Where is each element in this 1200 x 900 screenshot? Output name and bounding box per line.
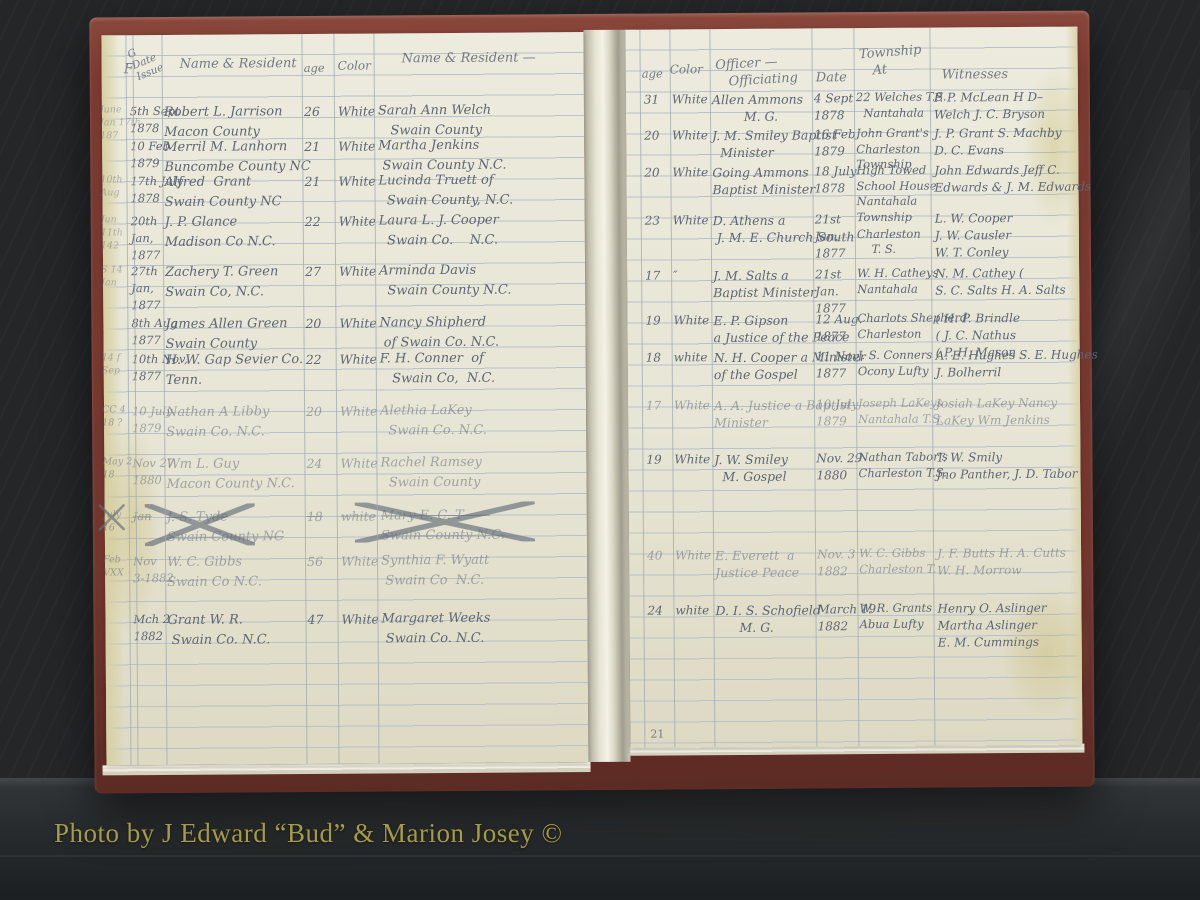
- officiant-record-row-officer: D. Athens a J. M. E. Church South: [713, 211, 815, 246]
- strikethrough-x-mark: [99, 504, 125, 530]
- officiant-record-row-date: 11 Nov. 1877: [816, 348, 858, 382]
- marriage-record-row-color: White: [340, 401, 378, 421]
- marriage-record-row-date: Mch 2 1882: [133, 611, 167, 645]
- marriage-record-row-spouse: Alethia LaKey Swain Co. N.C.: [380, 400, 580, 440]
- officiant-record-row-age: 20: [644, 127, 670, 144]
- header-officer-officiating: Officer — Officiating: [715, 52, 799, 91]
- officiant-record-row-witnesses: J. F. Butts H. A. Cutts W. H. Morrow: [937, 545, 1077, 580]
- marriage-record-row-color: White: [341, 609, 379, 629]
- marriage-record-row-age: 24: [306, 454, 334, 474]
- officiant-record-row-color: White: [672, 164, 710, 181]
- marriage-record-row-color: White: [339, 211, 377, 231]
- left-page: F G Date Issue Name & Resident age Color…: [101, 32, 588, 765]
- officiant-record-row-age: 17: [645, 267, 671, 284]
- marriage-record-row-name: Merril M. Lanhorn Buncombe County NC: [164, 137, 304, 177]
- officiant-record-row-officer: J. M. Smiley Baptist Minister: [712, 126, 814, 161]
- marriage-record-row-color: White: [340, 349, 378, 369]
- officiant-record-row-color: White: [673, 212, 711, 229]
- marriage-record-row-date: 27th Jan, 1877: [131, 263, 165, 314]
- marriage-record-row-age: 21: [304, 172, 332, 192]
- officiant-record-row-date: 18 July 1878: [814, 163, 856, 197]
- header-age: age: [642, 65, 663, 81]
- officiant-record-row-date: March 19 1882: [817, 601, 859, 635]
- table-edge-line: [0, 855, 1200, 857]
- officiant-record-row-color: white: [674, 349, 712, 366]
- marriage-record-row-spouse: Synthia F. Wyatt Swain Co N.C.: [381, 550, 581, 590]
- marriage-record-row-age: 22: [305, 212, 333, 232]
- officiant-record-row: 17″J. M. Salts a Baptist Minister21st Ja…: [627, 265, 1079, 268]
- marriage-record-row-color: White: [339, 261, 377, 281]
- officiant-record-row-officer: D. I. S. Schofield M. G.: [715, 601, 817, 636]
- officiant-record-row: 40WhiteE. Everett a Justice PeaceNov. 3 …: [629, 545, 1081, 548]
- officiant-record-row-color: White: [674, 397, 712, 414]
- officiant-record-row-officer: A. A. Justice a Baptist Minister: [714, 396, 816, 431]
- marriage-record-row-color: White: [338, 137, 376, 157]
- aged-page-edge: [101, 35, 124, 765]
- officiant-record-row-age: 31: [644, 91, 670, 108]
- officiant-record-row-date: 21st Jan. 1877: [815, 211, 857, 262]
- marriage-record-row-spouse: F. H. Conner of Swain Co, N.C.: [380, 348, 580, 388]
- officiant-record-row: 19WhiteJ. W. Smiley M. GospelNov. 29 188…: [628, 449, 1080, 452]
- marriage-record-row-date: 10 Feb 1879: [130, 138, 164, 172]
- officiant-record-row-date: 12 Aug. 1877: [815, 311, 857, 345]
- marriage-record-row-spouse: Margaret Weeks Swain Co. N.C.: [381, 608, 581, 648]
- marriage-record-row-name: J. P. Glance Madison Co N.C.: [165, 212, 305, 252]
- officiant-record-row-color: white: [675, 602, 713, 619]
- marriage-record-row-age: 26: [304, 102, 332, 122]
- marriage-record-row: CC 4 18 ?10 July 1879Nathan A Libby Swai…: [104, 400, 586, 403]
- officiant-record-row-officer: Allen Ammons M. G.: [712, 90, 814, 125]
- officiant-record-row-officer: N. H. Cooper a Minister of the Gospel: [714, 348, 816, 383]
- officiant-record-row-township: W. C. Gibbs Charleston T.: [859, 546, 935, 578]
- officiant-record-row-date: 4 Sept 1878: [814, 90, 856, 124]
- officiant-record-row: 17WhiteA. A. Justice a Baptist Minister1…: [628, 395, 1080, 398]
- officiant-record-row-age: 24: [647, 602, 673, 619]
- officiant-record-row-date: Nov. 29 1880: [816, 450, 858, 484]
- marriage-record-row: S 14 Jan27th Jan, 1877Zachery T. Green S…: [103, 260, 585, 263]
- officiant-record-row: 23WhiteD. Athens a J. M. E. Church South…: [627, 210, 1079, 213]
- marriage-record-row-color: White: [338, 171, 376, 191]
- officiant-record-row-witnesses: Henry O. Aslinger Martha Aslinger E. M. …: [937, 600, 1077, 652]
- officiant-record-row-age: 20: [644, 164, 670, 181]
- page-number: 21: [650, 728, 664, 741]
- officiant-record-row-witnesses: T. W. Smily Jno Panther, J. D. Tabor: [936, 449, 1076, 484]
- header-age: age: [304, 60, 325, 76]
- officiant-record-row-color: White: [672, 127, 710, 144]
- officiant-record-row-officer: E. Everett a Justice Peace: [715, 546, 817, 581]
- photo-background: F G Date Issue Name & Resident age Color…: [0, 0, 1200, 900]
- marriage-record-row-date: 10 July 1879: [132, 403, 166, 437]
- officiant-record-row-township: Joseph LaKeys Nantahala T.S.: [858, 396, 934, 428]
- marriage-record-row-age: 27: [305, 262, 333, 282]
- marriage-record-row: 8th Aug 1877James Allen Green Swain Coun…: [103, 312, 585, 315]
- officiant-record-row-date: 16 Feb. 1879: [814, 126, 856, 160]
- officiant-record-row-witnesses: J. P. Grant S. Machby D. C. Evans: [934, 125, 1074, 160]
- officiant-record-row-date: Nov. 3 1882: [817, 546, 859, 580]
- book-gutter: [583, 30, 630, 762]
- strikethrough-x-mark: [355, 501, 535, 542]
- header-spouse-name-resident: Name & Resident —: [402, 50, 536, 67]
- marriage-record-row-name: Wm L. Guy Macon County N.C.: [166, 454, 306, 494]
- officiant-record-row-witnesses: N. M. Cathey ( S. C. Salts H. A. Salts: [935, 265, 1075, 300]
- officiant-record-row-witnesses: P. P. McLean H D– Welch J. C. Bryson: [934, 89, 1074, 124]
- officiant-record-row-township: 22 Welches T.S. Nantahala: [856, 90, 932, 122]
- officiant-record-row-township: W. R. Grants Abua Lufty: [859, 601, 935, 633]
- marriage-record-row-name: Robert L. Jarrison Macon County: [164, 102, 304, 142]
- officiant-record-row-witnesses: A. E. Hughes S. E. Hughes J. Bolherril: [936, 347, 1076, 382]
- officiant-record-row-age: 40: [647, 547, 673, 564]
- officiant-record-row-officer: Going Ammons Baptist Minister: [712, 163, 814, 198]
- officiant-record-row-officer: E. P. Gipson a Justice of the Peace: [713, 311, 815, 346]
- marriage-record-row-age: 20: [306, 402, 334, 422]
- photo-credit-watermark: Photo by J Edward “Bud” & Marion Josey ©: [54, 818, 562, 849]
- marriage-record-row-color: White: [340, 453, 378, 473]
- header-name-resident: Name & Resident: [180, 56, 297, 73]
- marriage-record-row-age: 22: [306, 350, 334, 370]
- header-township-at: Township At: [858, 42, 923, 81]
- marriage-record-row-age: 47: [307, 610, 335, 630]
- officiant-record-row: 24whiteD. I. S. Schofield M. G.March 19 …: [629, 600, 1081, 603]
- officiant-record-row-color: White: [675, 547, 713, 564]
- officiant-record-row: 20WhiteGoing Ammons Baptist Minister18 J…: [626, 162, 1078, 165]
- header-witnesses: Witnesses: [942, 67, 1008, 83]
- marriage-record-row-name: Nathan A Libby Swain Co. N.C.: [166, 402, 306, 442]
- marriage-record-row-spouse: Arminda Davis Swain County N.C.: [379, 260, 579, 300]
- officiant-record-row-color: White: [672, 91, 710, 108]
- marriage-record-row-spouse: Lucinda Truett of Swain County, N.C.: [378, 170, 578, 210]
- marriage-record-row-name: Alfred Grant Swain County NC: [164, 172, 304, 212]
- right-page: age Color Officer — Officiating Date Tow…: [625, 27, 1082, 748]
- marriage-record-row: July 16JanJ. S. Tyde Swain County NC18wh…: [105, 505, 587, 508]
- marriage-record-row-name: H. W. Gap Sevier Co. Tenn.: [166, 350, 306, 390]
- officiant-record-row-township: W. H. Catheys Nantahala: [857, 266, 933, 298]
- marriage-record-row-color: White: [341, 551, 379, 571]
- marriage-record-row: Mch 2 1882Grant W. R. Swain Co. N.C.47Wh…: [105, 608, 587, 611]
- officiant-record-row-officer: J. W. Smiley M. Gospel: [714, 450, 816, 485]
- marriage-record-row-name: Zachery T. Green Swain Co, N.C.: [165, 262, 305, 302]
- marriage-record-row: June Jan 17th 1875th Sept 1878Robert L. …: [102, 100, 584, 103]
- officiant-record-row-date: 21st Jan. 1877: [815, 266, 857, 317]
- marriage-record-row-age: 21: [304, 137, 332, 157]
- marriage-record-row-date: 8th Aug 1877: [131, 315, 165, 349]
- marriage-record-row-name: W. C. Gibbs Swain Co N.C.: [167, 552, 307, 592]
- officiant-record-row: 20WhiteJ. M. Smiley Baptist Minister16 F…: [626, 125, 1078, 128]
- officiant-record-row-witnesses: Josiah LaKey Nancy LaKey Wm Jenkins: [936, 395, 1076, 430]
- marriage-record-row-name: James Allen Green Swain County: [165, 314, 305, 354]
- marriage-record-row-color: White: [338, 102, 376, 122]
- marriage-record-row: Feb VXXNov 3-1882W. C. Gibbs Swain Co N.…: [105, 550, 587, 553]
- officiant-record-row-township: J. S. Conners Ocony Lufty: [858, 348, 934, 380]
- header-color: Color: [670, 61, 703, 77]
- marriage-record-row-spouse: Nancy Shipherd of Swain Co. N.C.: [379, 312, 579, 352]
- officiant-record-row-color: White: [674, 451, 712, 468]
- marriage-record-row-date: 5th Sept 1878: [130, 103, 164, 137]
- marriage-record-row-date: Nov 3-1882: [133, 553, 167, 587]
- officiant-record-row-township: Charleston T. S.: [857, 211, 933, 258]
- officiant-record-row: 31WhiteAllen Ammons M. G.4 Sept 187822 W…: [626, 89, 1078, 92]
- marriage-record-row-date: Nov 27 1880: [132, 455, 166, 489]
- officiant-record-row-color: White: [673, 312, 711, 329]
- officiant-record-row-township: Charlots Shepherd Charleston: [857, 311, 933, 343]
- officiant-record-row-age: 19: [645, 312, 671, 329]
- marriage-record-row-date: 20th Jan, 1877: [131, 213, 165, 264]
- header-color: Color: [338, 58, 371, 74]
- officiant-record-row-township: Nathan Tabor's Charleston T.S.: [858, 450, 934, 482]
- officiant-record-row-witnesses: L. W. Cooper J. W. Causler W. T. Conley: [935, 210, 1075, 262]
- officiant-record-row-witnesses: John Edwards Jeff C. Edwards & J. M. Edw…: [934, 162, 1074, 197]
- marriage-record-row-age: 18: [307, 507, 335, 527]
- officiant-record-row-officer: J. M. Salts a Baptist Minister: [713, 266, 815, 301]
- marriage-record-row-age: 20: [305, 314, 333, 334]
- ledger-book: F G Date Issue Name & Resident age Color…: [89, 11, 1094, 794]
- marriage-record-row-spouse: Laura L. J. Cooper Swain Co. N.C.: [379, 210, 579, 250]
- marriage-record-row-date: 17th July 1878: [130, 173, 164, 207]
- officiant-record-row-date: 10 July 1879: [816, 396, 858, 430]
- officiant-record-row-age: 18: [646, 349, 672, 366]
- officiant-record-row-age: 19: [646, 451, 672, 468]
- marriage-record-row-name: Grant W. R. Swain Co. N.C.: [167, 610, 307, 650]
- officiant-record-row: 18whiteN. H. Cooper a Minister of the Go…: [628, 347, 1080, 350]
- marriage-record-row-date: 10th Nov, 1877: [132, 351, 166, 385]
- officiant-record-row-age: 23: [645, 212, 671, 229]
- marriage-record-row-color: White: [339, 313, 377, 333]
- strikethrough-x-mark: [145, 503, 255, 546]
- officiant-record-row-age: 17: [646, 397, 672, 414]
- marriage-record-row-age: 56: [307, 552, 335, 572]
- marriage-record-row-spouse: Rachel Ramsey Swain County: [380, 452, 580, 492]
- header-date: Date: [816, 70, 847, 86]
- officiant-record-row-color: ″: [673, 267, 711, 284]
- marriage-record-row: May 2 18Nov 27 1880Wm L. Guy Macon Count…: [104, 452, 586, 455]
